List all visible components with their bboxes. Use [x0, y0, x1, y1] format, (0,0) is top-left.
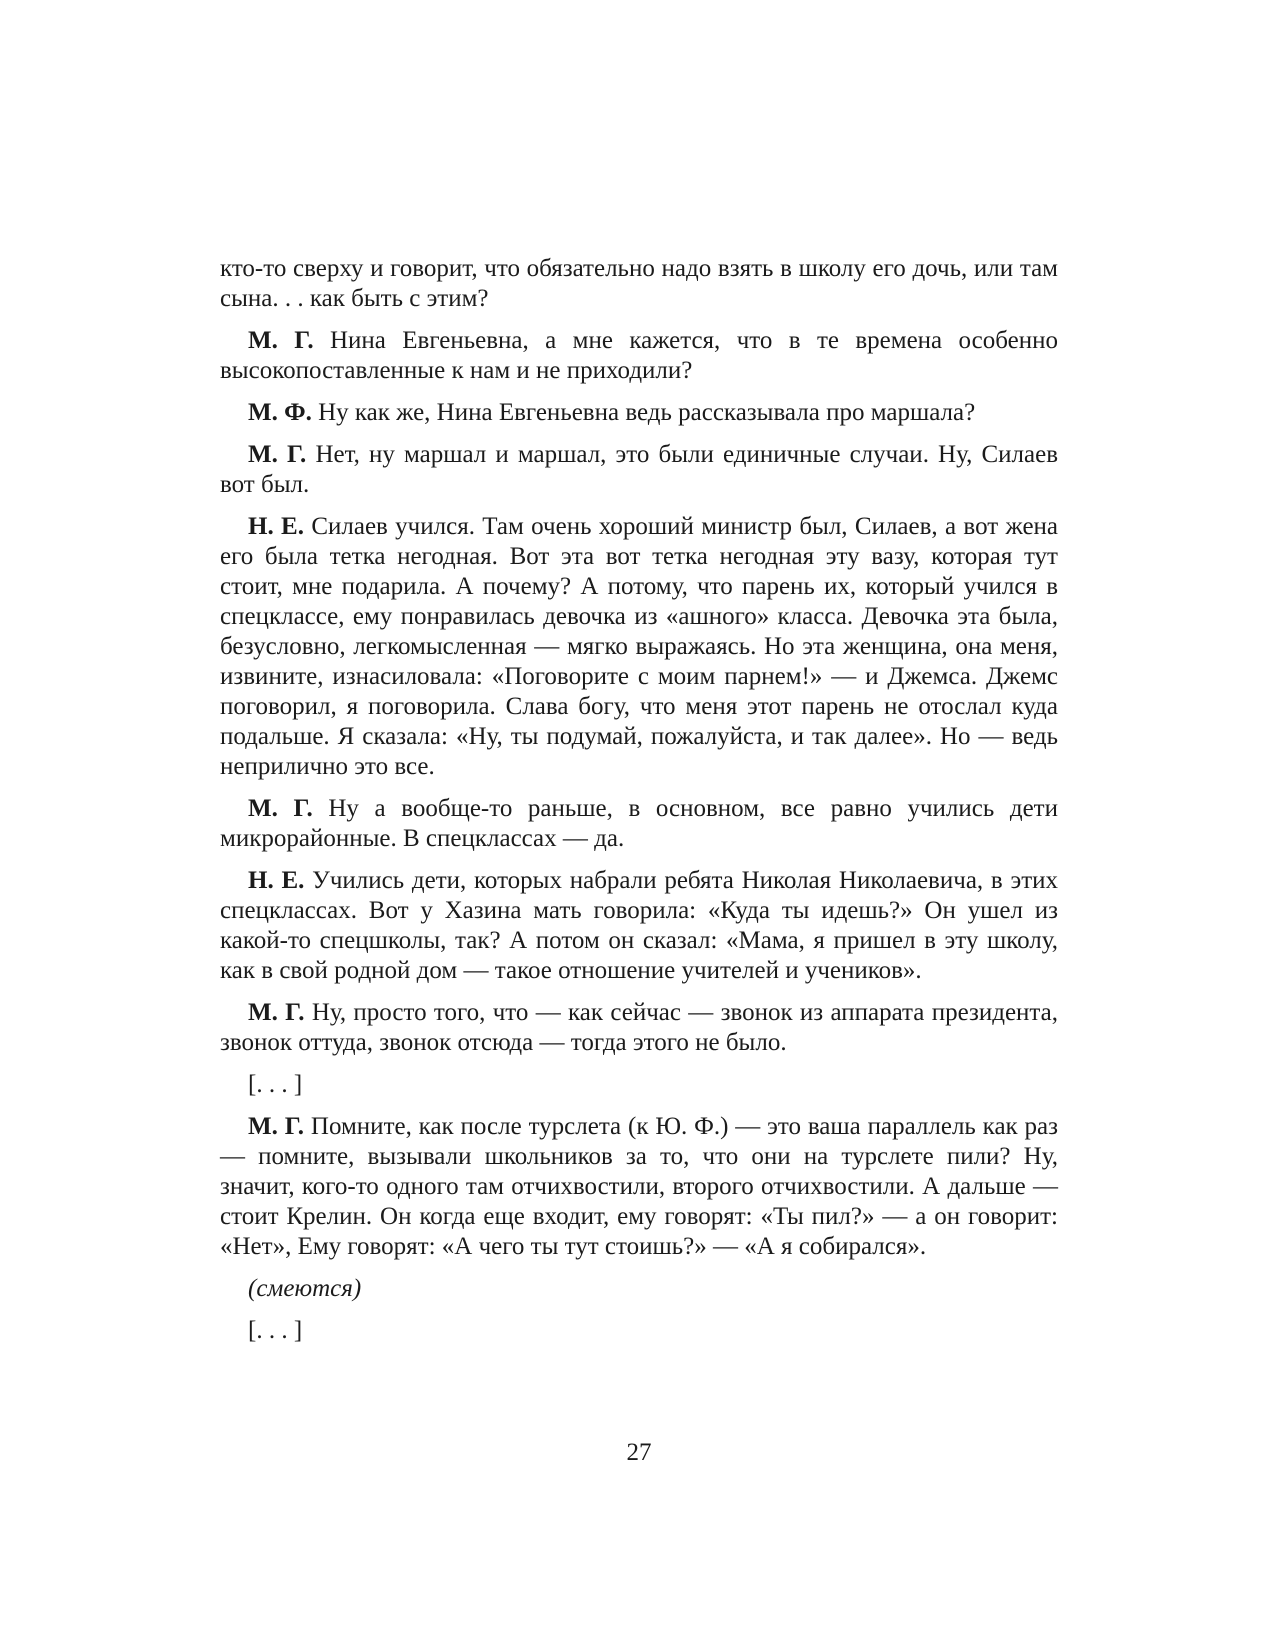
paragraph-text: [. . . ] — [248, 1317, 302, 1344]
paragraph: М. Ф. Ну как же, Нина Евгеньевна ведь ра… — [220, 398, 1058, 428]
paragraph-text: Силаев учился. Там очень хороший министр… — [220, 513, 1058, 780]
paragraph-text: Нина Евгеньевна, а мне кажется, что в те… — [220, 327, 1058, 384]
speaker-label: М. Г. — [248, 795, 313, 822]
speaker-label: М. Г. — [248, 999, 305, 1026]
paragraph-ellipsis: [. . . ] — [220, 1070, 1058, 1100]
paragraph-text: (смеются) — [248, 1275, 361, 1302]
paragraph-text: кто-то сверху и говорит, что обязательно… — [220, 255, 1058, 312]
paragraph: М. Г. Нет, ну маршал и маршал, это были … — [220, 440, 1058, 500]
paragraph: М. Г. Ну а вообще-то раньше, в основном,… — [220, 794, 1058, 854]
paragraph-text: Учились дети, которых набрали ребята Ник… — [220, 867, 1058, 984]
paragraph-text: Нет, ну маршал и маршал, это были единич… — [220, 441, 1058, 498]
paragraph: кто-то сверху и говорит, что обязательно… — [220, 254, 1058, 314]
speaker-label: М. Ф. — [248, 399, 312, 426]
paragraph: Н. Е. Силаев учился. Там очень хороший м… — [220, 512, 1058, 782]
paragraph: М. Г. Помните, как после турслета (к Ю. … — [220, 1112, 1058, 1262]
text-block: кто-то сверху и говорит, что обязательно… — [220, 254, 1058, 1346]
paragraph-text: [. . . ] — [248, 1071, 302, 1098]
paragraph-text: Помните, как после турслета (к Ю. Ф.) — … — [220, 1113, 1058, 1260]
paragraph-text: Ну а вообще-то раньше, в основном, все р… — [220, 795, 1058, 852]
paragraph-stage-direction: (смеются) — [220, 1274, 1058, 1304]
book-page: кто-то сверху и говорит, что обязательно… — [0, 0, 1275, 1650]
paragraph-text: Ну, просто того, что — как сейчас — звон… — [220, 999, 1058, 1056]
paragraph-ellipsis: [. . . ] — [220, 1316, 1058, 1346]
page-number: 27 — [220, 1438, 1058, 1468]
paragraph: М. Г. Ну, просто того, что — как сейчас … — [220, 998, 1058, 1058]
speaker-label: Н. Е. — [248, 513, 304, 540]
paragraph: Н. Е. Учились дети, которых набрали ребя… — [220, 866, 1058, 986]
speaker-label: М. Г. — [248, 1113, 304, 1140]
paragraph: М. Г. Нина Евгеньевна, а мне кажется, чт… — [220, 326, 1058, 386]
speaker-label: Н. Е. — [248, 867, 304, 894]
speaker-label: М. Г. — [248, 441, 306, 468]
paragraph-text: Ну как же, Нина Евгеньевна ведь рассказы… — [318, 399, 975, 426]
speaker-label: М. Г. — [248, 327, 314, 354]
